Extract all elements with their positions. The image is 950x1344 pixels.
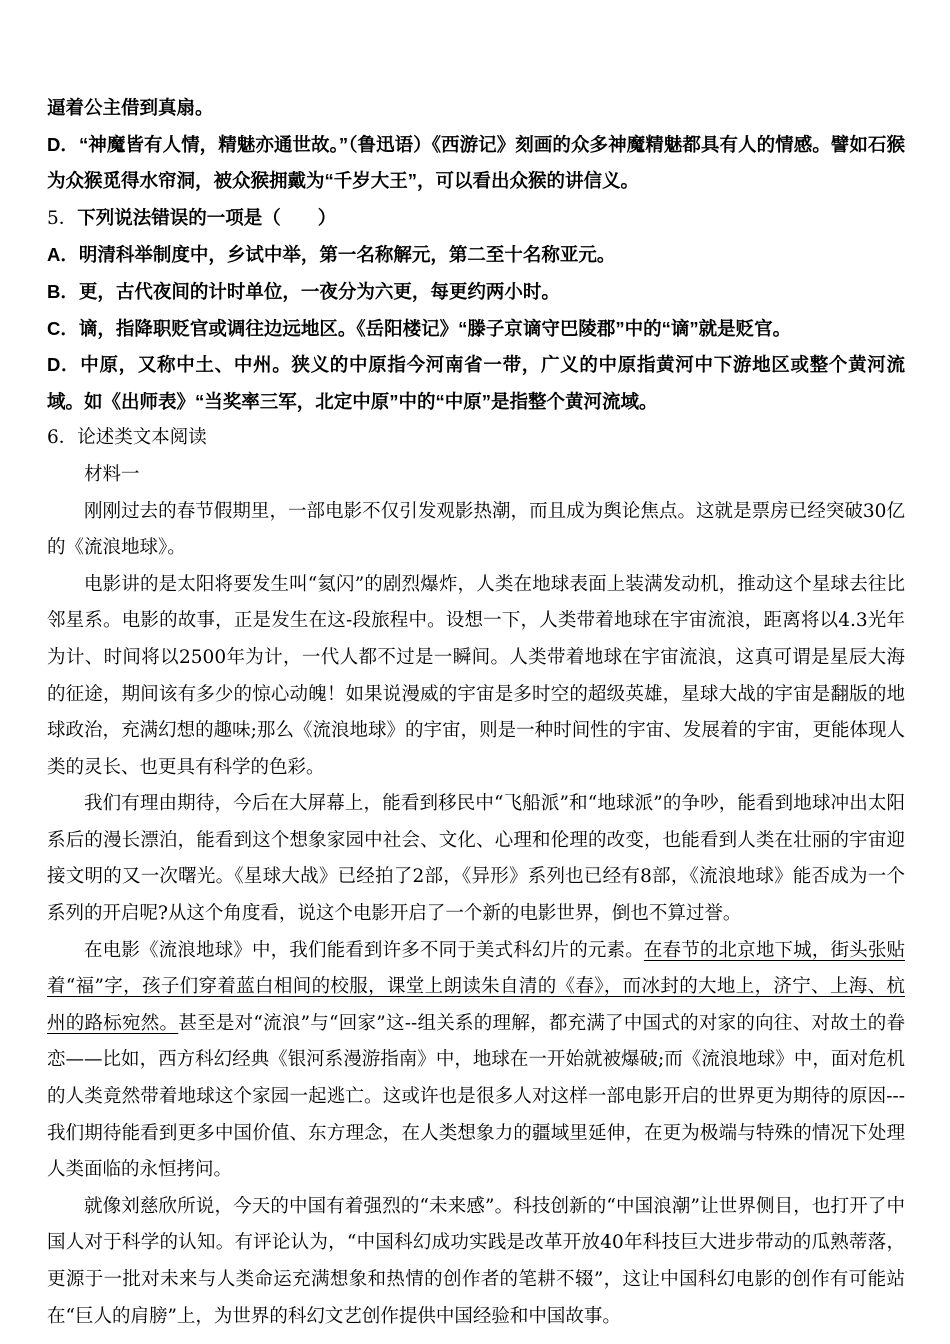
question5-option-d: D．中原，又称中土、中州。狭义的中原指今河南省一带，广义的中原指黄河中下游地区或… bbox=[47, 347, 905, 420]
material-paragraph-1: 刚刚过去的春节假期里，一部电影不仅引发观影热潮，而且成为舆论焦点。这就是票房已经… bbox=[47, 494, 905, 567]
exam-paper-page: 逼着公主借到真扇。 D．“神魔皆有人情，精魅亦通世故。”（鲁迅语）《西游记》刻画… bbox=[0, 0, 950, 1344]
question6-heading: 6．论述类文本阅读 bbox=[47, 420, 905, 457]
material-paragraph-5: 就像刘慈欣所说，今天的中国有着强烈的“未来感”。科技创新的“中国浪潮”让世界侧目… bbox=[47, 1189, 905, 1335]
question5-number: 5． bbox=[47, 208, 77, 229]
material-paragraph-2: 电影讲的是太阳将要发生叫“氦闪”的剧烈爆炸，人类在地球表面上装满发动机，推动这个… bbox=[47, 567, 905, 787]
question5-stem: 5．下列说法错误的一项是（ ） bbox=[47, 200, 905, 238]
material-paragraph-4: 在电影《流浪地球》中，我们能看到许多不同于美式科幻片的元素。在春节的北京地下城，… bbox=[47, 933, 905, 1189]
material-one-label: 材料一 bbox=[47, 457, 905, 494]
material-paragraph-3: 我们有理由期待，今后在大屏幕上，能看到移民中“飞船派”和“地球派”的争吵，能看到… bbox=[47, 786, 905, 932]
question5-option-a: A．明清科举制度中，乡试中举，第一名称解元，第二至十名称亚元。 bbox=[47, 237, 905, 274]
question5-stem-text: 下列说法错误的一项是（ ） bbox=[77, 207, 336, 228]
question5-option-b: B．更，古代夜间的计时单位，一夜分为六更，每更约两小时。 bbox=[47, 274, 905, 311]
paragraph4-tail-text: 甚至是对“流浪”与“回家”这--组关系的理解，都充满了中国式的对家的向往、对故土… bbox=[47, 1013, 905, 1180]
question5-option-c: C．谪，指降职贬官或调往边远地区。《岳阳楼记》“滕子京谪守巴陵郡”中的“谪”就是… bbox=[47, 311, 905, 348]
carryover-line: 逼着公主借到真扇。 bbox=[47, 90, 905, 127]
question4-option-d: D．“神魔皆有人情，精魅亦通世故。”（鲁迅语）《西游记》刻画的众多神魔精魅都具有… bbox=[47, 127, 905, 200]
paragraph4-lead-text: 在电影《流浪地球》中，我们能看到许多不同于美式科幻片的元素。 bbox=[84, 940, 644, 961]
